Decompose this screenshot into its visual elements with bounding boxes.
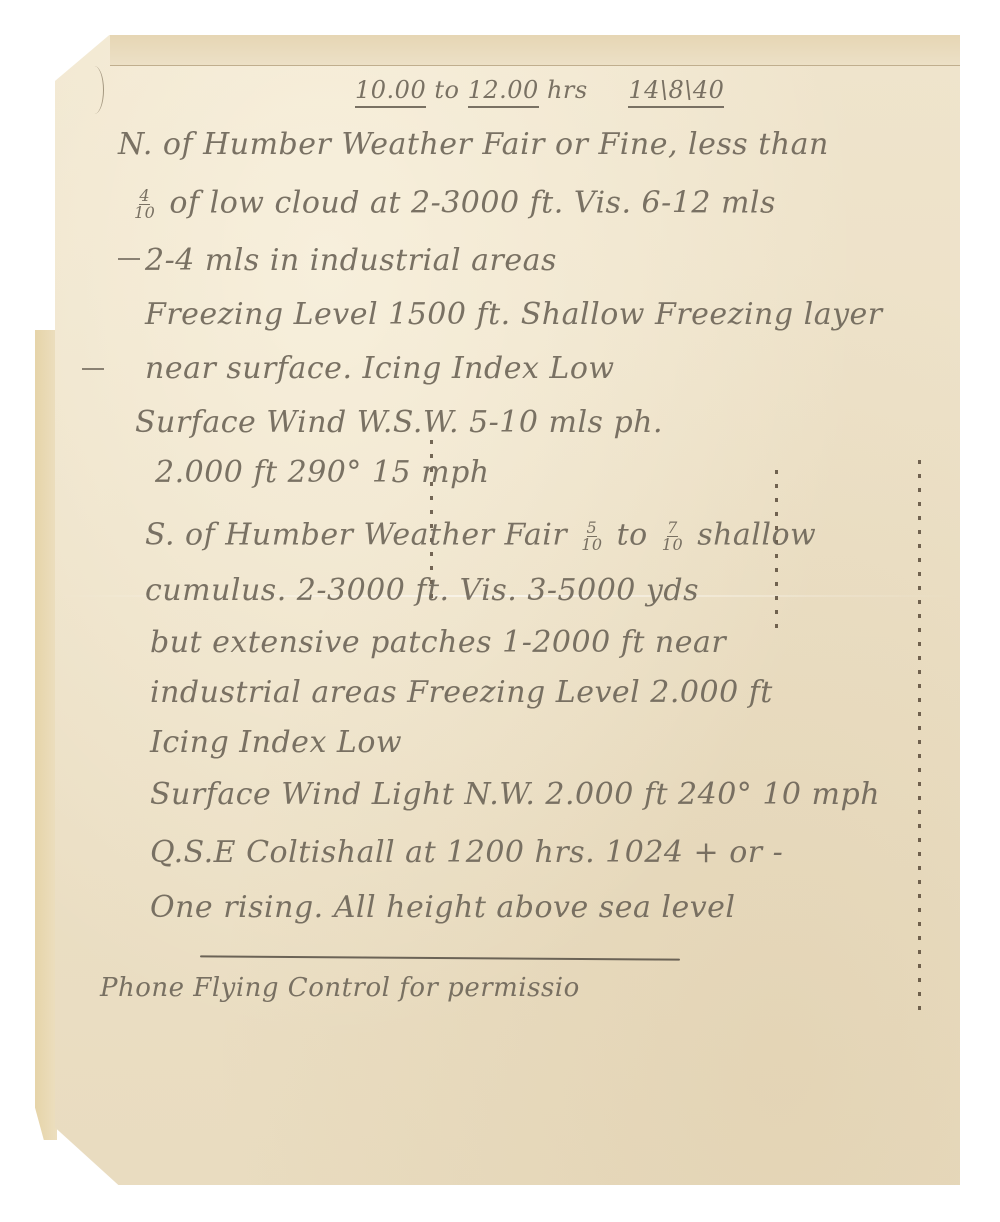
margin-dash — [82, 368, 104, 370]
line-surface-wind-north: Surface Wind W.S.W. 5-10 mls ph. — [135, 408, 663, 438]
line-pressure-coltishall: Q.S.E Coltishall at 1200 hrs. 1024 + or … — [150, 838, 783, 868]
ink-speck-column — [918, 460, 921, 1020]
line-heights-note: One rising. All height above sea level — [150, 893, 736, 923]
line-icing-south: Icing Index Low — [150, 728, 402, 758]
header-time-from: 10.00 — [355, 76, 426, 108]
line-south-humber: S. of Humber Weather Fair 5 10 to 7 10 s… — [145, 520, 816, 553]
report-header: 10.00 to 12.00 hrs 14\8\40 — [355, 78, 724, 102]
header-time-connector: to — [434, 76, 459, 104]
line-freezing-level-north: Freezing Level 1500 ft. Shallow Freezing… — [145, 300, 883, 330]
fraction-seven-tenths: 7 10 — [662, 520, 683, 553]
fraction-four-tenths: 4 10 — [134, 188, 155, 221]
footer-note: Phone Flying Control for permissio — [100, 975, 580, 1001]
paper-left-edge — [35, 330, 57, 1140]
header-time-unit: hrs — [547, 76, 588, 104]
line-low-cloud: 4 10 of low cloud at 2-3000 ft. Vis. 6-1… — [130, 188, 776, 221]
corner-curl-mark — [85, 66, 104, 114]
line-north-humber: N. of Humber Weather Fair or Fine, less … — [118, 130, 829, 160]
header-date: 14\8\40 — [628, 76, 724, 108]
fraction-five-tenths: 5 10 — [581, 520, 602, 553]
line-cumulus: cumulus. 2-3000 ft. Vis. 3-5000 yds — [145, 576, 699, 606]
margin-dash — [118, 258, 140, 260]
line-industrial-visibility: 2-4 mls in industrial areas — [145, 246, 557, 276]
line-extensive-patches: but extensive patches 1-2000 ft near — [150, 628, 726, 658]
paper-top-fold — [110, 35, 960, 66]
line-freezing-level-south: industrial areas Freezing Level 2.000 ft — [150, 678, 773, 708]
line-icing-north: near surface. Icing Index Low — [145, 354, 615, 384]
header-time-to: 12.00 — [468, 76, 539, 108]
line-surface-wind-south: Surface Wind Light N.W. 2.000 ft 240° 10… — [150, 780, 880, 810]
line-upper-wind-north: 2.000 ft 290° 15 mph — [155, 458, 490, 488]
